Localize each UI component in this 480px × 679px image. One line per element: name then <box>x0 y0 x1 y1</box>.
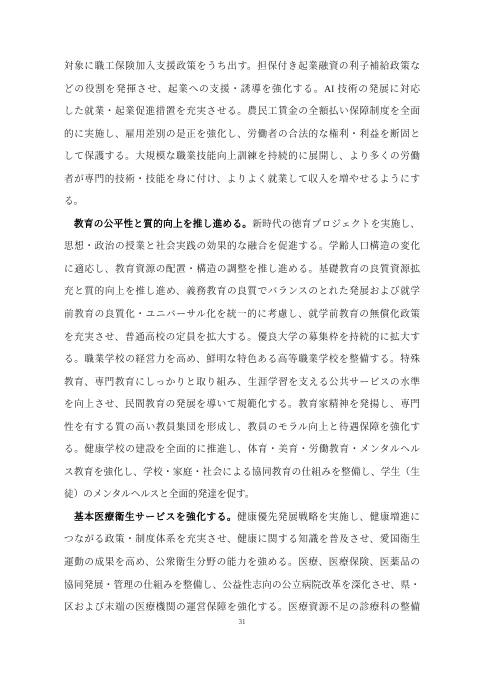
text-line: 充と質的向上を推し進め、義務教育の良質でバランスのとれた発展および就学 <box>64 281 420 304</box>
paragraph-lead-bold: 教育の公平性と質的向上を推し進める。 <box>74 219 252 230</box>
text-line: ス教育を強化し、学校・家庭・社会による協同教育の仕組みを整備し、学生（生 <box>64 462 420 485</box>
text-line: る。 <box>64 191 420 214</box>
paragraph-lead-bold: 基本医療衛生サービスを強化する。 <box>74 512 237 523</box>
text-line: 思想・政治の授業と社会実践の効果的な融合を促進する。学齢人口構造の変化 <box>64 236 420 259</box>
paragraph-basic-medical-health-services: 基本医療衛生サービスを強化する。健康優先発展戦略を実施し、健康増進につながる政策… <box>64 507 420 620</box>
text-line: る。健康学校の建設を全面的に推進し、体育・美育・労働教育・メンタルヘル <box>64 439 420 462</box>
text-line: 教育の公平性と質的向上を推し進める。新時代の徳育プロジェクトを実施し、 <box>64 214 420 237</box>
text-line: 教育、専門教育にしっかりと取り組み、生涯学習を支える公共サービスの水準 <box>64 372 420 395</box>
paragraph-employment-policy: 対象に職工保険加入支援政策をうち出す。担保付き起業融資の利子補給政策などの役割を… <box>64 56 420 214</box>
text-line: 対象に職工保険加入支援政策をうち出す。担保付き起業融資の利子補給政策な <box>64 56 420 79</box>
paragraph-education: 教育の公平性と質的向上を推し進める。新時代の徳育プロジェクトを実施し、思想・政治… <box>64 214 420 507</box>
text-line: 基本医療衛生サービスを強化する。健康優先発展戦略を実施し、健康増進に <box>64 507 420 530</box>
text-line: 協同発展・管理の仕組みを整備し、公益性志向の公立病院改革を深化させ、県・ <box>64 575 420 598</box>
document-text: 対象に職工保険加入支援政策をうち出す。担保付き起業融資の利子補給政策などの役割を… <box>64 56 420 620</box>
text-line: 性を有する質の高い教員集団を形成し、教員のモラル向上と待遇保障を強化す <box>64 417 420 440</box>
text-line: る。職業学校の経営力を高め、鮮明な特色ある高等職業学校を整備する。特殊 <box>64 349 420 372</box>
text-line: して保護する。大規模な職業技能向上訓練を持続的に展開し、より多くの労働 <box>64 146 420 169</box>
document-page: 対象に職工保険加入支援政策をうち出す。担保付き起業融資の利子補給政策などの役割を… <box>0 0 480 679</box>
text-line: 運動の成果を高め、公衆衛生分野の能力を強める。医療、医療保険、医薬品の <box>64 552 420 575</box>
text-line: 前教育の良質化・ユニバーサル化を統一的に考慮し、就学前教育の無償化政策 <box>64 304 420 327</box>
text-line: どの役割を発揮させ、起業への支援・誘導を強化する。AI 技術の発展に対応 <box>64 79 420 102</box>
text-line: 徒）のメンタルヘルスと全面的発達を促す。 <box>64 484 420 507</box>
text-line: した就業・起業促進措置を充実させる。農民工賃金の全額払い保障制度を全面 <box>64 101 420 124</box>
text-line: 者が専門的技術・技能を身に付け、よりよく就業して収入を増やせるようにす <box>64 169 420 192</box>
text-line: に適応し、教育資源の配置・構造の調整を推し進める。基礎教育の良質資源拡 <box>64 259 420 282</box>
page-number: 31 <box>64 616 420 628</box>
text-line: を充実させ、普通高校の定員を拡大する。優良大学の募集枠を持続的に拡大す <box>64 327 420 350</box>
text-line: を向上させ、民間教育の発展を導いて規範化する。教育家精神を発揚し、専門 <box>64 394 420 417</box>
text-line: つながる政策・制度体系を充実させ、健康に関する知識を普及させ、愛国衛生 <box>64 529 420 552</box>
text-line: 的に実施し、雇用差別の是正を強化し、労働者の合法的な権利・利益を断固と <box>64 124 420 147</box>
